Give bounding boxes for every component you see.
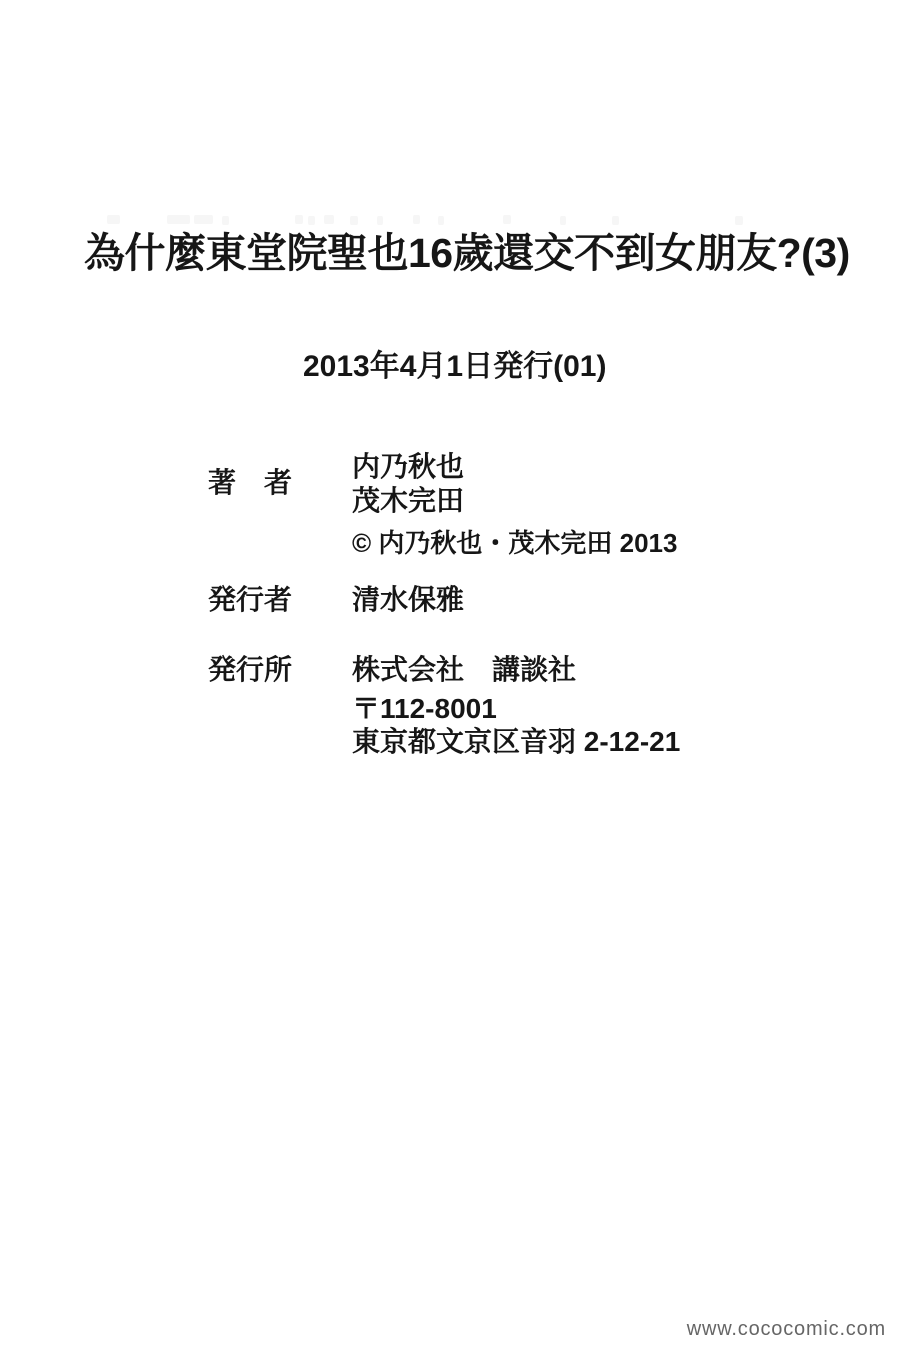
scan-artifact (438, 216, 444, 225)
publisher-name: 清水保雅 (352, 586, 464, 614)
scan-artifact (350, 216, 358, 225)
release-date: 2013年4月1日発行(01) (303, 352, 606, 382)
scan-artifact (167, 215, 190, 224)
scan-artifact (377, 216, 383, 225)
scan-artifact (735, 216, 743, 225)
scan-artifact (503, 215, 511, 224)
publisher-label: 発行者 (208, 586, 292, 614)
watermark-url: www.cococomic.com (687, 1318, 886, 1341)
book-title: 為什麼東堂院聖也16歲還交不到女朋友?(3) (84, 233, 850, 274)
colophon-page: 為什麼東堂院聖也16歲還交不到女朋友?(3) 2013年4月1日発行(01) 著… (0, 0, 900, 1345)
author-label: 著 者 (208, 469, 292, 497)
scan-artifact (194, 215, 213, 224)
scan-artifact (222, 216, 229, 225)
copyright-notice: © 内乃秋也・茂木完田 2013 (352, 530, 677, 556)
publishing-house-postal-code: 〒112-8001 (352, 695, 497, 723)
scan-artifact (413, 215, 420, 224)
scan-artifact (107, 215, 120, 224)
author-name: 内乃秋也 (352, 453, 464, 481)
scan-artifact (324, 215, 334, 224)
publishing-house-label: 発行所 (208, 656, 292, 684)
scan-artifact (560, 216, 566, 225)
publishing-house-company: 株式会社 講談社 (352, 656, 576, 684)
scan-artifact (295, 215, 303, 224)
author-name: 茂木完田 (352, 487, 464, 515)
scan-artifact (612, 216, 619, 225)
publishing-house-address: 東京都文京区音羽 2-12-21 (352, 728, 680, 756)
scan-artifact (308, 216, 315, 225)
